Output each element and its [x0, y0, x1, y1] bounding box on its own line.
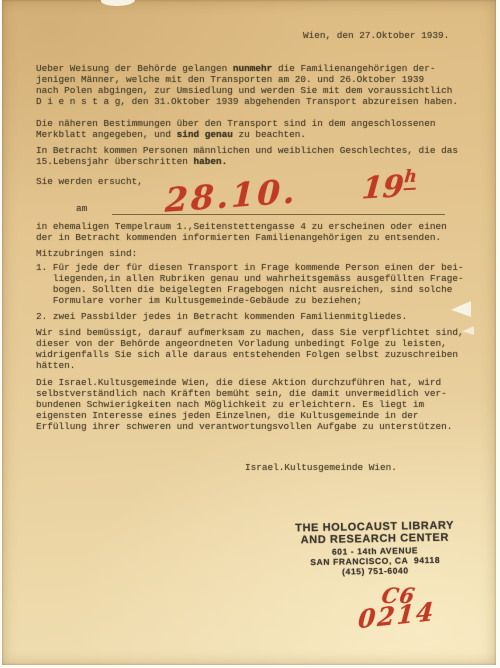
bring-heading: Mitzubringen sind: [36, 248, 137, 259]
paragraph-kultusgemeinde-support: Die Israel.Kultusgemeinde Wien, die dies… [36, 377, 452, 432]
paragraph-merkblatt: Die näheren Bestimmungen über den Transp… [36, 118, 435, 140]
list-item-questionnaire: 1. Für jede der für diesen Transport in … [36, 262, 464, 306]
archive-rubber-stamp: THE HOLOCAUST LIBRARYAND RESEARCH CENTER… [276, 519, 475, 577]
list-item-passport-photos: 2. zwei Passbilder jedes in Betracht kom… [36, 311, 407, 322]
handwritten-time-hour-mark: h [403, 166, 417, 190]
paragraph-transport-notice: Ueber Weisung der Behörde gelangen nunme… [36, 63, 458, 107]
handwritten-time-number: 19 [360, 169, 405, 206]
signature-line: Israel.Kultusgemeinde Wien. [245, 462, 397, 473]
dateline: Wien, den 27.Oktober 1939. [303, 30, 449, 41]
fill-prefix-am: am [76, 203, 87, 214]
paragraph-appearance-location: in ehemaligen Tempelraum 1.,Seitenstette… [36, 221, 447, 243]
request-line: Sie werden ersucht, [36, 176, 143, 187]
paragraph-obligation-warning: Wir sind bemüssigt, darauf aufmerksam zu… [36, 327, 464, 371]
paragraph-persons-concerned: In Betracht kommen Personen männlichen u… [36, 145, 458, 167]
scanned-letter-page: Wien, den 27.Oktober 1939. Ueber Weisung… [0, 0, 500, 668]
handwritten-time: 19h [360, 166, 417, 206]
